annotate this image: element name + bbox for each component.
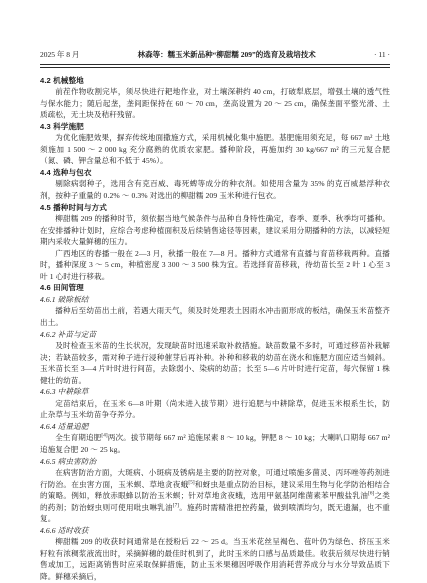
section-heading-4-4: 4.4 选种与包衣 xyxy=(40,167,390,179)
citation-ref: [7] xyxy=(173,502,179,508)
running-head: 2025 年 8 月 林森等：糯玉米新品种“柳甜糯 209”的选育及栽培技术 ·… xyxy=(40,50,390,60)
paragraph-4-6-3: 定苗结束后，在玉米 6—8 叶期（尚未进入拔节期）进行追肥与中耕除草，促进玉米根… xyxy=(40,398,390,421)
paragraph-4-6-5: 在病害防治方面，大斑病、小斑病及锈病是主要的防控对象，可通过喷施多菌灵、丙环唑等… xyxy=(40,467,390,525)
paragraph-4-3: 为优化施肥效果，摒弃传统地面撒施方式，采用机械化集中施肥。基肥施用须充足，每 6… xyxy=(40,132,390,167)
citation-ref: [5] xyxy=(188,479,194,485)
header-date: 2025 年 8 月 xyxy=(40,50,79,60)
header-article-title: 林森等：糯玉米新品种“柳甜糯 209”的选育及栽培技术 xyxy=(79,50,374,60)
journal-page: 2025 年 8 月 林森等：糯玉米新品种“柳甜糯 209”的选育及栽培技术 ·… xyxy=(0,0,427,583)
paragraph-4-5-1: 柳甜糯 209 的播种时节，须依据当地气候条件与品种自身特性确定，春季、夏季、秋… xyxy=(40,213,390,248)
subsection-heading-4-6-6: 4.6.6 适时收获 xyxy=(40,525,390,537)
paragraph-4-6-4: 全生育期追肥[4]两次。拔节期每 667 m² 追施尿素 8 ～ 10 kg，钾… xyxy=(40,432,390,455)
paragraph-4-6-1: 播种后至幼苗出土前，若遇大雨天气，须及时处理表土因雨水冲击面形成的板结，确保玉米… xyxy=(40,305,390,328)
subsection-heading-4-6-3: 4.6.3 中耕除草 xyxy=(40,386,390,398)
section-heading-4-2: 4.2 机械整地 xyxy=(40,75,390,87)
paragraph-4-5-2: 广西地区的春播一般在 2—3 月，秋播一般在 7—8 月。播种方式通常有直播与育… xyxy=(40,248,390,283)
citation-ref: [4] xyxy=(101,433,107,439)
subsection-heading-4-6-1: 4.6.1 破除板结 xyxy=(40,294,390,306)
section-heading-4-5: 4.5 播种时间与方式 xyxy=(40,202,390,214)
section-heading-4-6: 4.6 田间管理 xyxy=(40,282,390,294)
header-page-number: · 11 · xyxy=(374,50,390,60)
header-double-rule xyxy=(40,64,390,68)
paragraph-4-6-2: 及时检查玉米苗的生长状况，发现缺苗时迅速采取补救措施。缺苗数量不多时，可通过移苗… xyxy=(40,340,390,386)
paragraph-4-4: 剔除病弱种子，选用含有克百威、毒死蜱等成分的种衣剂。如使用含量为 35% 的克百… xyxy=(40,178,390,201)
section-heading-4-3: 4.3 科学施肥 xyxy=(40,121,390,133)
subsection-heading-4-6-5: 4.6.5 病虫害防治 xyxy=(40,456,390,468)
article-body: 4.2 机械整地 前茬作物收割完毕，须尽快进行耙地作业，对土壤深耕约 40 cm… xyxy=(40,75,390,583)
subsection-heading-4-6-4: 4.6.4 适量追肥 xyxy=(40,421,390,433)
paragraph-4-2: 前茬作物收割完毕，须尽快进行耙地作业，对土壤深耕约 40 cm，打破犁底层，增强… xyxy=(40,86,390,121)
paragraph-4-6-6: 柳甜糯 209 的收获时间通常是在授粉后 22 ～ 25 d。当玉米花丝呈褐色、… xyxy=(40,536,390,582)
subsection-heading-4-6-2: 4.6.2 补苗与定苗 xyxy=(40,329,390,341)
citation-ref: [6] xyxy=(368,491,374,497)
